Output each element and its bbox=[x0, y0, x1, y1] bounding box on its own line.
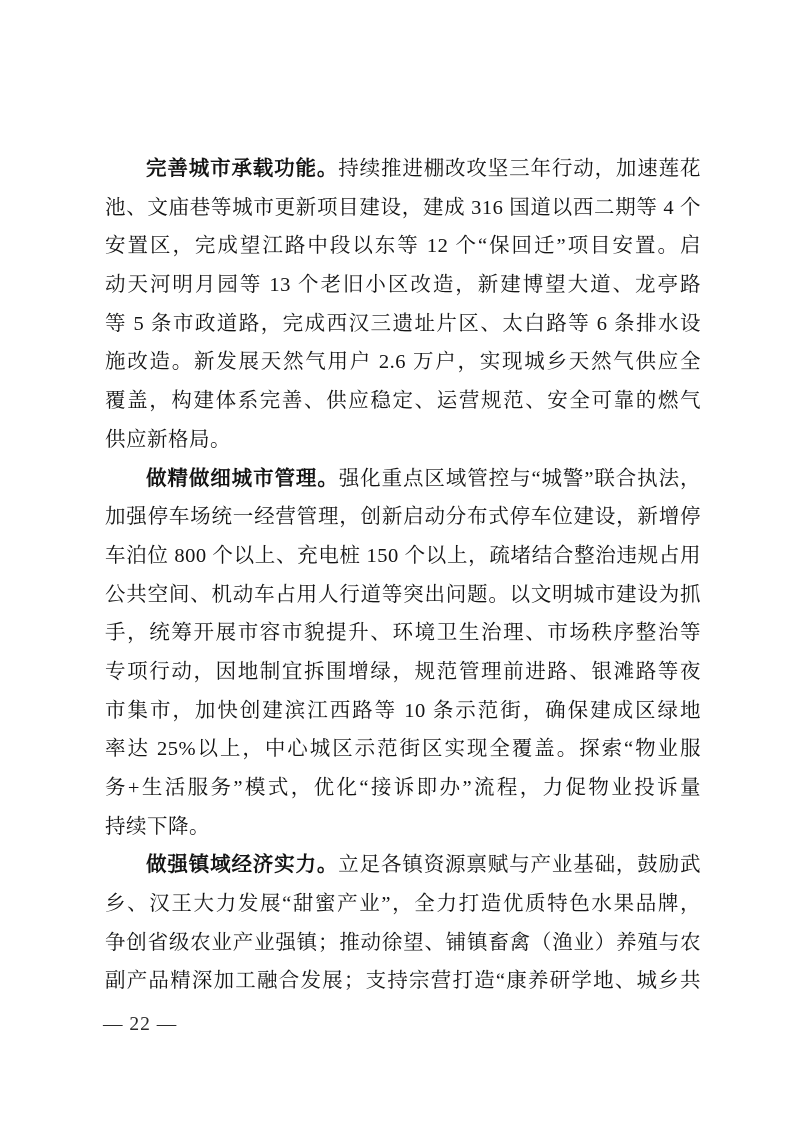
text-line: 池、文庙巷等城市更新项目建设，建成 316 国道以西二期等 4 个 bbox=[105, 189, 701, 228]
document-page: 完善城市承载功能。持续推进棚改攻坚三年行动，加速莲花 池、文庙巷等城市更新项目建… bbox=[0, 0, 793, 1122]
paragraph-heading: 做精做细城市管理。 bbox=[146, 467, 339, 490]
paragraph-city-management: 做精做细城市管理。强化重点区域管控与“城警”联合执法， 加强停车场统一经营管理，… bbox=[105, 460, 701, 847]
text-line: 车泊位 800 个以上、充电桩 150 个以上，疏堵结合整治违规占用 bbox=[105, 537, 701, 576]
text-line: 安置区，完成望江路中段以东等 12 个“保回迁”项目安置。启 bbox=[105, 227, 701, 266]
text-line: 覆盖，构建体系完善、供应稳定、运营规范、安全可靠的燃气 bbox=[105, 382, 701, 421]
paragraph-town-economy: 做强镇域经济实力。立足各镇资源禀赋与产业基础，鼓励武 乡、汉王大力发展“甜蜜产业… bbox=[105, 846, 701, 1001]
text-run: 持续推进棚改攻坚三年行动，加速莲花 bbox=[338, 158, 701, 180]
paragraph-urban-capacity: 完善城市承载功能。持续推进棚改攻坚三年行动，加速莲花 池、文庙巷等城市更新项目建… bbox=[105, 150, 701, 460]
text-line: 施改造。新发展天然气用户 2.6 万户，实现城乡天然气供应全 bbox=[105, 343, 701, 382]
text-line: 供应新格局。 bbox=[105, 421, 701, 460]
text-line: 持续下降。 bbox=[105, 808, 701, 847]
text-line: 做精做细城市管理。强化重点区域管控与“城警”联合执法， bbox=[105, 460, 701, 499]
text-line: 公共空间、机动车占用人行道等突出问题。以文明城市建设为抓 bbox=[105, 576, 701, 615]
text-run: 立足各镇资源禀赋与产业基础，鼓励武 bbox=[338, 854, 701, 876]
text-line: 动天河明月园等 13 个老旧小区改造，新建博望大道、龙亭路 bbox=[105, 266, 701, 305]
text-line: 专项行动，因地制宜拆围增绿，规范管理前进路、银滩路等夜 bbox=[105, 653, 701, 692]
text-run: 强化重点区域管控与“城警”联合执法， bbox=[339, 468, 701, 490]
text-line: 乡、汉王大力发展“甜蜜产业”，全力打造优质特色水果品牌， bbox=[105, 885, 701, 924]
text-line: 副产品精深加工融合发展；支持宗营打造“康养研学地、城乡共 bbox=[105, 962, 701, 1001]
text-line: 加强停车场统一经营管理，创新启动分布式停车位建设，新增停 bbox=[105, 498, 701, 537]
text-line: 手，统筹开展市容市貌提升、环境卫生治理、市场秩序整治等 bbox=[105, 614, 701, 653]
text-line: 率达 25%以上，中心城区示范街区实现全覆盖。探索“物业服 bbox=[105, 730, 701, 769]
text-line: 做强镇域经济实力。立足各镇资源禀赋与产业基础，鼓励武 bbox=[105, 846, 701, 885]
document-body: 完善城市承载功能。持续推进棚改攻坚三年行动，加速莲花 池、文庙巷等城市更新项目建… bbox=[105, 150, 701, 1001]
paragraph-heading: 完善城市承载功能。 bbox=[146, 157, 338, 180]
page-number: — 22 — bbox=[103, 1010, 177, 1040]
text-line: 完善城市承载功能。持续推进棚改攻坚三年行动，加速莲花 bbox=[105, 150, 701, 189]
text-line: 务+生活服务”模式，优化“接诉即办”流程，力促物业投诉量 bbox=[105, 769, 701, 808]
text-line: 等 5 条市政道路，完成西汉三遗址片区、太白路等 6 条排水设 bbox=[105, 305, 701, 344]
paragraph-heading: 做强镇域经济实力。 bbox=[146, 853, 338, 876]
text-line: 市集市，加快创建滨江西路等 10 条示范街，确保建成区绿地 bbox=[105, 692, 701, 731]
text-line: 争创省级农业产业强镇；推动徐望、铺镇畜禽（渔业）养殖与农 bbox=[105, 924, 701, 963]
